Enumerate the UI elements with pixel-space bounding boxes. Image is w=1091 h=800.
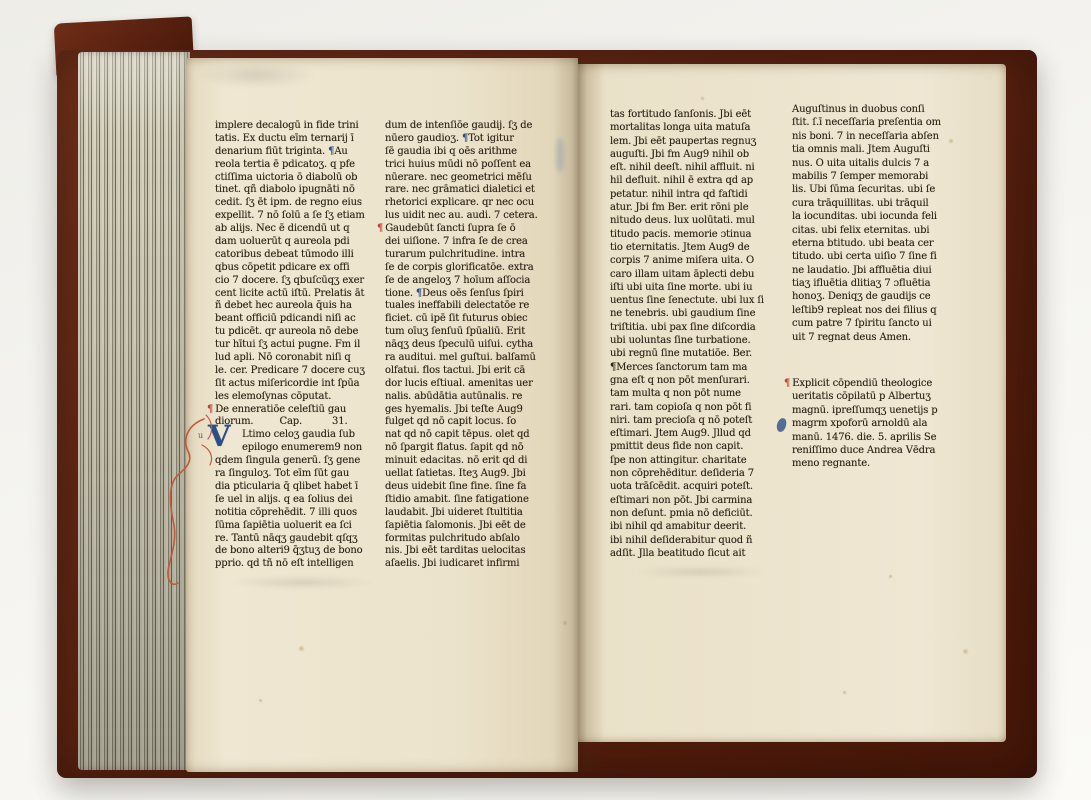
text-line: cura trāquillitas. ubi trāquil	[792, 197, 984, 210]
text-line: ſapiētia ſalomonis. Jbi eēt de	[385, 520, 559, 533]
text-line: ubi uoluntas ſine turbatione.	[610, 334, 782, 347]
text-line: expellit. 7 nō ſolū a ſe ſʒ etiam	[215, 210, 378, 223]
text-line: auguſti. Jbi fm Aug9 nihil ob	[610, 148, 782, 161]
show-through-smudge	[556, 138, 564, 172]
text-line: leſtib9 repleat nos dei filius q	[792, 304, 984, 317]
text-line: ſtidio amabit. ſine fatigatione	[385, 494, 559, 507]
text-line: petatur. nihil intra qd faſtidi	[610, 188, 782, 201]
text-line: meno regnante.	[792, 457, 984, 470]
right-page-column-2: Auguſtinus in duobus conſiſtit. ſ.ī nece…	[792, 103, 984, 344]
text-line: trici huius mūdi nō poſſent ea	[385, 159, 559, 172]
text-line: lem. Jbi eēt paupertas regnuʒ	[610, 135, 782, 148]
text-line: beant officiū pdicandi niſi ac	[215, 313, 378, 326]
text-line: uellat ſatietas. Iteʒ Aug9. Jbi	[385, 468, 559, 481]
text-line: turarum pulchritudine. intra	[385, 249, 559, 262]
text-line: mortalitas longa uita matuſa	[610, 121, 782, 134]
text-line: ne tenebris. ubi gaudium ſine	[610, 307, 782, 320]
text-line: dei uiſione. 7 infra ſe de crea	[385, 236, 559, 249]
fox-spot	[888, 574, 893, 579]
text-line: iſti ubi uita ſine morte. ubi iu	[610, 281, 782, 294]
text-line: ſpe non attingitur. charitate	[610, 454, 782, 467]
red-pen-flourish	[158, 405, 222, 595]
text-line: les elemoſynas cōputat.	[215, 391, 378, 404]
offset-smudge	[636, 566, 766, 578]
text-line: magrm xpoforū arnoldū ala	[792, 417, 984, 430]
fox-spot	[258, 698, 263, 703]
text-line: uota trāſcēdit. acquiri poteſt.	[610, 480, 782, 493]
text-line: epilogo enumerem9 non	[215, 442, 378, 455]
text-line: ubi regnū ſine mutatiōe. Ber.	[610, 347, 782, 360]
text-line: nalis. abūdātia autūnalis. re	[385, 391, 559, 404]
fox-spot	[562, 620, 568, 626]
text-line: ¶Explicit cōpendiū theologice	[792, 377, 984, 390]
text-line: dor lucis eſtiual. amenitas uer	[385, 378, 559, 391]
text-line: ibi nihil deſiderabitur quod ñ	[610, 534, 782, 547]
text-line: qbus cōpetit pdicare ex offi	[215, 262, 378, 275]
text-line: rari. tam copioſa q non pōt fi	[610, 401, 782, 414]
text-line: formitas pulchritudo abſalo	[385, 533, 559, 546]
fox-spot	[962, 648, 969, 655]
text-line: tatis. Ex ductu eīm ternarij ī	[215, 133, 378, 146]
text-line: triſtitia. ubi pax ſine diſcordia	[610, 321, 782, 334]
text-line: manū. 1476. die. 5. aprilis Se	[792, 431, 984, 444]
text-line: reniſſimo duce Andrea Vēdra	[792, 444, 984, 457]
text-line: tur hītui ſʒ actui pugne. Fm il	[215, 339, 378, 352]
text-line: uentus ſine ſenectute. ubi lux ſi	[610, 294, 782, 307]
text-line: honoʒ. Deniqʒ de gaudijs ce	[792, 290, 984, 303]
fox-spot	[948, 138, 954, 144]
text-line: rhetorici explicare. qr nec ocu	[385, 197, 559, 210]
text-line: cedit. ſʒ ēt ipm. de regno eius	[215, 197, 378, 210]
text-line: non cōprehēditur. deſideria 7	[610, 467, 782, 480]
text-line: la iocunditas. ubi iocunda feli	[792, 210, 984, 223]
text-line: gna eſt q non pōt menſurari.	[610, 374, 782, 387]
text-line: ſe de angeloʒ 7 hoīum aſſocia	[385, 275, 559, 288]
text-line: ſē gaudia ibi q oēs arithme	[385, 146, 559, 159]
photo-open-incunable-book: implere decalogū in fide trinitatis. Ex …	[0, 0, 1091, 800]
right-page-column-1: tas fortitudo ſanſonis. Jbi eētmortalita…	[610, 108, 782, 560]
text-line: nitudo deus. lux uolūtati. mul	[610, 214, 782, 227]
text-line: ¶De enneratiōe celeſtiū gau	[215, 404, 378, 417]
text-line: tinet. qñ diabolo ipugnāti nō	[215, 184, 378, 197]
text-line: nis. Jbi eēt tarditas uelocitas	[385, 545, 559, 558]
text-line: tio eternitatis. Jtem Aug9 de	[610, 241, 782, 254]
text-line: atur. Jbi fm Ber. erit rōni ple	[610, 201, 782, 214]
left-page-column-1: implere decalogū in fide trinitatis. Ex …	[215, 120, 378, 571]
text-line: lud apli. Nō coronabit niſi q	[215, 352, 378, 365]
text-line: implere decalogū in fide trini	[215, 120, 378, 133]
text-line: tia omnis mali. Jtem Auguſti	[792, 143, 984, 156]
text-line: ſūma ſapiētia uoluerit ea ſci	[215, 520, 378, 533]
text-line: corpis 7 anime miſera uita. O	[610, 254, 782, 267]
text-line: qdem ſingula generū. ſʒ gene	[215, 455, 378, 468]
text-line: deus uidebit ſine fine. ſine fa	[385, 481, 559, 494]
text-line: fulget qd nō capit locus. ſo	[385, 416, 559, 429]
text-line: Auguſtinus in duobus conſi	[792, 103, 984, 116]
text-line: tione. ¶Deus oēs ſenſus ſpiri	[385, 288, 559, 301]
left-page-column-2: dum de intenſiōe gaudij. ſʒ denūero gaud…	[385, 120, 559, 571]
text-line: adſit. Jlla beatitudo ſicut ait	[610, 547, 782, 560]
text-line: ñ debet hec aureola q̄uis ha	[215, 300, 378, 313]
text-line: ¶Gaudebūt ſancti ſupra ſe ō	[385, 223, 559, 236]
text-line: eſtimari. Jtem Aug9. Jllud qd	[610, 427, 782, 440]
text-line: mabilis 7 ſemper memorabi	[792, 170, 984, 183]
text-line: ges hyemalis. Jbi teſte Aug9	[385, 404, 559, 417]
text-line: titudo. ubi certa uiſio 7 ſine fi	[792, 250, 984, 263]
text-line: cio 7 docere. ſʒ qbuſcūqʒ exer	[215, 275, 378, 288]
text-line: non deſunt. pmia nō deficiūt.	[610, 507, 782, 520]
text-line: denarium fiūt triginta. ¶Au	[215, 146, 378, 159]
text-line: le. cer. Predicare 7 docere cuʒ	[215, 365, 378, 378]
text-line: pprio. qd tñ nō eſt intelligen	[215, 558, 378, 571]
text-line: ra ſinguloʒ. Tot eīm ſūt gau	[215, 468, 378, 481]
text-line: cum patre 7 ſpiritu ſancto ui	[792, 317, 984, 330]
text-line: ctiſſima uictoria ō diabolū ob	[215, 172, 378, 185]
text-line: ¶Merces ſanctorum tam ma	[610, 361, 782, 374]
text-line: nis boni. 7 in neceſſaria abſen	[792, 130, 984, 143]
text-line: citas. ubi felix eternitas. ubi	[792, 224, 984, 237]
text-line: tam multa q non pōt nume	[610, 387, 782, 400]
text-line: ſe uel in alijs. q ea ſolius dei	[215, 494, 378, 507]
fox-spot	[470, 300, 474, 304]
text-line: nat qd nō capit tēpus. olet qd	[385, 429, 559, 442]
text-line: olfatui. flos tactui. Jbi erit cā	[385, 365, 559, 378]
text-line: ab alijs. Nec ē dicendū ut q	[215, 223, 378, 236]
text-line: ibi nihil qd amabitur deerit.	[610, 520, 782, 533]
text-line: uit 7 regnat deus Amen.	[792, 331, 984, 344]
text-line: eterna btitudo. ubi beata cer	[792, 237, 984, 250]
text-line: ſit actus miſericordie int ſpūa	[215, 378, 378, 391]
text-line: eſtimari non pōt. Jbi carmina	[610, 494, 782, 507]
text-line: dam uoluerūt q aureola pdi	[215, 236, 378, 249]
text-line: tu pdicēt. qr aureola nō debe	[215, 326, 378, 339]
text-line: dum de intenſiōe gaudij. ſʒ de	[385, 120, 559, 133]
text-line: aſaelis. Jbi iudicaret infirmi	[385, 558, 559, 571]
text-line: ficiet. cū ipē ſit futurus obiec	[385, 313, 559, 326]
text-line: eſt. nihil deeſt. nihil affluit. ni	[610, 161, 782, 174]
text-line: tum oīuʒ ſenſuū ſpūaliū. Erit	[385, 326, 559, 339]
text-line: re. Tantū nāqʒ gaudebit qſqʒ	[215, 533, 378, 546]
text-line: de bono alteri9 q̄ʒtuʒ de bono	[215, 545, 378, 558]
text-line: nūerare. nec geometrici mēſu	[385, 172, 559, 185]
text-line: lis. Ubi ſūma ſecuritas. ubi ſe	[792, 183, 984, 196]
corner-soiling	[196, 62, 316, 88]
text-line: nūero gaudioʒ. ¶Tot igitur	[385, 133, 559, 146]
text-line: ſtit. ſ.ī neceſſaria preſentia om	[792, 116, 984, 129]
text-line: titudo pacis. memorie ɔtinua	[610, 228, 782, 241]
text-line: nus. O uita uitalis dulcis 7 a	[792, 157, 984, 170]
fox-spot	[298, 645, 305, 652]
text-line: ſe de corpis glorificatōe. extra	[385, 262, 559, 275]
text-line: niri. tam precioſa q nō poteſt	[610, 414, 782, 427]
text-line: magnū. ipreſſumqʒ uenetijs p	[792, 404, 984, 417]
offset-smudge	[228, 576, 378, 589]
text-line: caro illam uitam āplecti debu	[610, 268, 782, 281]
text-line: Ltimo celoʒ gaudia ſub	[215, 429, 378, 442]
text-line: minuit edacitas. nō erit qd di	[385, 455, 559, 468]
text-line: reola tertia ē pdicatoʒ. q pfe	[215, 159, 378, 172]
text-line: tiaʒ ifluētia dlitiaʒ 7 ɔfluētia	[792, 277, 984, 290]
text-line: dia pticularia q̄ qlibet habet ī	[215, 481, 378, 494]
text-line: diorum.Cap.31.	[215, 416, 378, 429]
text-line: ra auditui. mel guſtui. balſamū	[385, 352, 559, 365]
text-line: ne laudatio. Jbi affluētia diui	[792, 264, 984, 277]
text-line: rare. nec grāmatici dialetici et	[385, 184, 559, 197]
text-line: pmittit deus fide non capit.	[610, 440, 782, 453]
fox-spot	[842, 690, 847, 695]
text-line: lus uidit nec au. audi. 7 cetera.	[385, 210, 559, 223]
text-line: nō ſpargit flatus. ſapit qd nō	[385, 442, 559, 455]
text-line: laudabit. Jbi uideret ſtultitia	[385, 507, 559, 520]
text-line: tas fortitudo ſanſonis. Jbi eēt	[610, 108, 782, 121]
text-line: hil defluit. nihil ē extra qd ap	[610, 174, 782, 187]
colophon: ¶Explicit cōpendiū theologiceueritatis c…	[792, 377, 984, 471]
text-line: cent licite actū iſtū. Prelatis āt	[215, 288, 378, 301]
text-line: notitia cōprehēdit. 7 illi quos	[215, 507, 378, 520]
text-line: ueritatis cōpilatū p Albertuʒ	[792, 390, 984, 403]
text-line: catoribus debeat tūmodo illi	[215, 249, 378, 262]
fox-spot	[700, 96, 705, 101]
text-line: nāqʒ deus ſpeculū uiſui. cytha	[385, 339, 559, 352]
